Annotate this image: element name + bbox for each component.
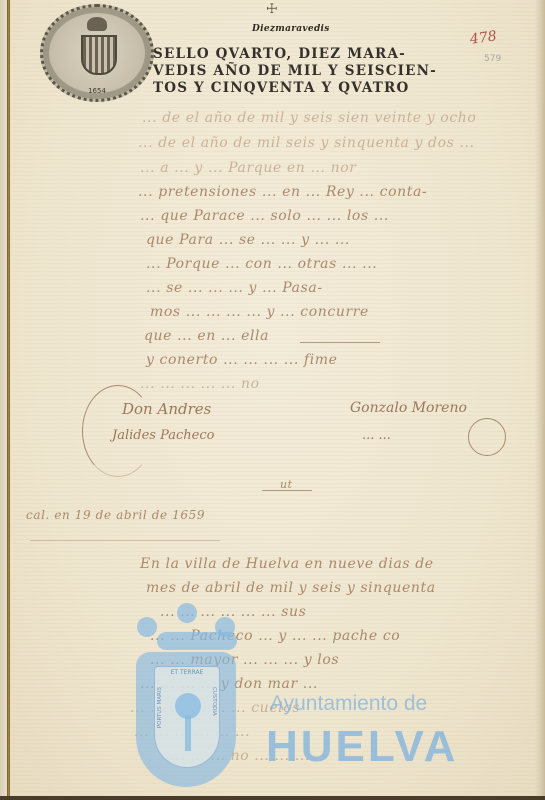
watermark-crown-band (157, 632, 237, 650)
manuscript-line: ... ... ... ... ... no (140, 376, 260, 392)
cross-icon: ☩ (266, 2, 278, 17)
seal-shield-icon (81, 35, 117, 75)
watermark-motto-left: PORTUS MARIS (157, 687, 163, 728)
watermark-motto-top: ET TERRAE (155, 669, 219, 676)
manuscript-line: ... que Parace ... solo ... ... los ... (140, 208, 389, 224)
manuscript-line: y conerto ... ... ... ... fime (146, 352, 338, 368)
manuscript-line: ... a ... y ... Parque en ... nor (140, 160, 357, 176)
binding-fold (7, 0, 10, 800)
denomination-heading: Diezmaravedis (252, 24, 330, 34)
seal-year: 1654 (43, 87, 151, 95)
stamp-line: SELLO QVARTO, DIEZ MARA- (153, 46, 493, 63)
dividing-stroke (262, 490, 312, 491)
signature-left-line1: Don Andres (122, 400, 211, 418)
watermark-motto-right: CUSTODIA (211, 687, 217, 716)
signature-left-line2: Jalides Pacheco (112, 428, 214, 443)
manuscript-line: ... Porque ... con ... otras ... ... (146, 256, 377, 272)
stamp-text: SELLO QVARTO, DIEZ MARA- VEDIS AÑO DE MI… (153, 46, 493, 97)
manuscript-line: ... de el año de mil y seis sien veinte … (142, 110, 476, 126)
manuscript-line: ... se ... ... ... y ... Pasa- (146, 280, 323, 296)
page-gutter (0, 0, 7, 800)
manuscript-line: que Para ... se ... ... y ... ... (146, 232, 350, 248)
signature-right-line2: ... ... (362, 428, 391, 443)
margin-note: cal. en 19 de abril de 1659 (26, 508, 205, 522)
watermark-shield-field: ET TERRAE PORTUS MARIS CUSTODIA (154, 666, 220, 768)
folio-number-grey: 579 (484, 54, 501, 64)
manuscript-line: mos ... ... ... ... y ... concurre (150, 304, 369, 320)
manuscript-line: ... de el año de mil seis y sinquenta y … (138, 135, 475, 151)
margin-rule (30, 540, 220, 541)
manuscript-page: 1654 ☩ Diezmaravedis SELLO QVARTO, DIEZ … (0, 0, 545, 800)
signature-right-line1: Gonzalo Moreno (350, 400, 467, 416)
seal-crown-icon (87, 17, 107, 31)
manuscript-line: ... pretensiones ... en ... Rey ... cont… (138, 184, 427, 200)
stamp-line: VEDIS AÑO DE MIL Y SEISCIEN- (153, 63, 493, 80)
watermark-shield-icon: ET TERRAE PORTUS MARIS CUSTODIA (136, 652, 236, 787)
royal-seal-stamp: 1654 (40, 4, 154, 102)
manuscript-line: mes de abril de mil y seis y sinquenta (146, 580, 436, 596)
signature-rubric (468, 418, 506, 456)
page-right-edge (535, 0, 545, 800)
watermark-text-huelva: HUELVA (266, 722, 458, 772)
folio-number-red: 478 (469, 28, 498, 48)
manuscript-line: En la villa de Huelva en nueve dias de (140, 556, 434, 572)
manuscript-line: que ... en ... ella (144, 328, 269, 344)
watermark-text-ayuntamiento: Ayuntamiento de (270, 692, 427, 716)
watermark-anchor-icon (185, 715, 191, 751)
underline-stroke (300, 342, 380, 343)
stamp-line: TOS Y CINQVENTA Y QVATRO (153, 80, 493, 97)
page-bottom-edge (0, 796, 545, 800)
